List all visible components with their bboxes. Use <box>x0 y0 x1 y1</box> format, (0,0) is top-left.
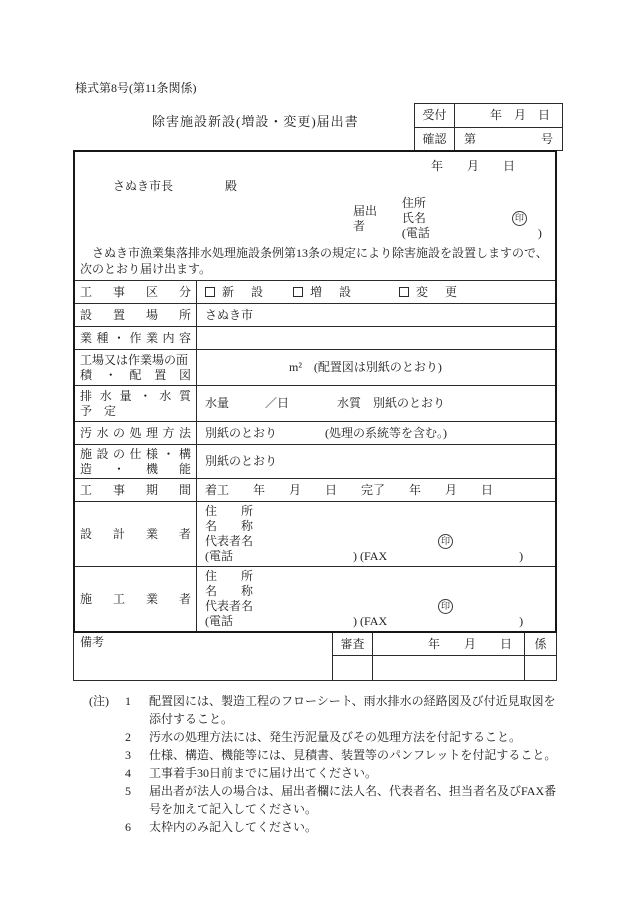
applicant-address-field: 住所 <box>402 196 555 211</box>
remarks-label: 備考 <box>80 635 104 649</box>
notes-list: 1 配置図には、製造工程のフローシート、雨水排水の経路図及び付近見取図を添付する… <box>125 692 557 836</box>
seal-icon: 印 <box>438 534 453 549</box>
review-column: 審査 <box>333 633 373 680</box>
number-suffix: 号 <box>541 132 553 147</box>
review-date-cell: 年 月 日 <box>373 633 524 656</box>
addressee-line: さぬき市長殿 <box>75 174 555 194</box>
option-change: 変更 <box>399 285 457 300</box>
drainage-value: 水量 ／日 水質 別紙のとおり <box>197 386 555 421</box>
row-designer-label: 設計業者 <box>75 502 197 566</box>
row-site-area-label: 工場又は作業場の面 積・配置図 <box>75 350 197 385</box>
phone-label: (電話 ) <box>402 226 542 241</box>
reception-label: 受付 <box>415 104 455 127</box>
form-page: 様式第8号(第11条関係) 除害施設新設(増設・変更)届出書 受付 年 月 日 … <box>0 0 630 915</box>
declaration-statement: さぬき市漁業集落排水処理施設条例第13条の規定により除害施設を設置しますので、次… <box>80 245 550 277</box>
confirmation-number-cell: 第 号 <box>455 128 562 150</box>
period-value: 着工 年 月 日 完了 年 月 日 <box>197 479 555 501</box>
row-drainage-label: 排水量・水質 予定 <box>75 386 197 421</box>
name-label: 氏名 <box>402 211 426 226</box>
option-expand-label: 増設 <box>310 285 368 300</box>
submission-date-line: 年 月 日 <box>75 152 555 174</box>
option-new-label: 新設 <box>222 285 280 300</box>
treatment-value: 別紙のとおり (処理の系統等を含む。) <box>197 422 555 444</box>
builder-tel-field: (電話 ) (FAX ) <box>205 614 555 629</box>
remarks-cell: 備考 <box>74 633 333 680</box>
option-expand: 増設 <box>293 285 351 300</box>
staff-column: 係 <box>525 633 556 680</box>
row-site-area: 工場又は作業場の面 積・配置図 m² (配置図は別紙のとおり) <box>75 349 555 385</box>
honorific-dono: 殿 <box>225 179 237 193</box>
notes-section: (注) 1 配置図には、製造工程のフローシート、雨水排水の経路図及び付近見取図を… <box>73 692 557 836</box>
review-date-column: 年 月 日 <box>373 633 525 680</box>
row-period: 工事期間 着工 年 月 日 完了 年 月 日 <box>75 478 555 501</box>
row-designer: 設計業者 住 所 名 称 代表者名 印 (電話 ) (FAX ) <box>75 501 555 566</box>
row-location: 設置場所 さぬき市 <box>75 303 555 326</box>
row-industry-label: 業種・作業内容 <box>75 327 197 349</box>
work-type-options: 新設 増設 変更 <box>197 281 555 303</box>
builder-fields: 住 所 名 称 代表者名 印 (電話 ) (FAX ) <box>197 567 555 631</box>
row-work-type: 工事区分 新設 増設 変更 <box>75 280 555 303</box>
review-date-empty-cell <box>373 656 524 680</box>
note-item-2: 2 汚水の処理方法には、発生汚泥量及びその処理方法を付記すること。 <box>125 728 557 746</box>
option-new: 新設 <box>205 285 263 300</box>
staff-label-cell: 係 <box>525 633 556 656</box>
row-period-label: 工事期間 <box>75 479 197 501</box>
row-location-label: 設置場所 <box>75 304 197 326</box>
builder-name-field: 名 称 <box>205 584 555 599</box>
confirmation-label: 確認 <box>415 128 455 150</box>
option-change-label: 変更 <box>416 285 474 300</box>
checkbox-new[interactable] <box>205 287 215 297</box>
row-work-type-label: 工事区分 <box>75 281 197 303</box>
page-title: 除害施設新設(増設・変更)届出書 <box>152 114 359 130</box>
spec-value: 別紙のとおり <box>197 445 555 478</box>
designer-tel-field: (電話 ) (FAX ) <box>205 549 555 564</box>
row-spec-label: 施設の仕様・構 造・機能 <box>75 445 197 478</box>
row-treatment-label: 汚水の処理方法 <box>75 422 197 444</box>
review-label-cell: 審査 <box>333 633 372 656</box>
designer-rep-field: 代表者名 印 <box>205 534 555 549</box>
mayor-name: さぬき市長 <box>113 179 173 193</box>
row-industry: 業種・作業内容 <box>75 326 555 349</box>
form-number: 様式第8号(第11条関係) <box>75 81 197 96</box>
designer-fields: 住 所 名 称 代表者名 印 (電話 ) (FAX ) <box>197 502 555 566</box>
location-value: さぬき市 <box>197 304 555 326</box>
row-spec: 施設の仕様・構 造・機能 別紙のとおり <box>75 444 555 478</box>
number-prefix: 第 <box>464 132 476 147</box>
industry-value <box>197 327 555 349</box>
reception-row-uketsuke: 受付 年 月 日 <box>415 104 562 127</box>
note-item-5: 5 届出者が法人の場合は、届出者欄に法人名、代表者名、担当者名及びFAX番号を加… <box>125 782 557 818</box>
main-form-box: 年 月 日 さぬき市長殿 届出者 住所 氏名 印 (電話 ) <box>73 150 557 633</box>
note-item-4: 4 工事着手30日前までに届け出てください。 <box>125 764 557 782</box>
applicant-fields: 住所 氏名 印 (電話 ) <box>402 196 555 241</box>
staff-empty-cell <box>525 656 556 680</box>
note-item-3: 3 仕様、構造、機能等には、見積書、装置等のパンフレットを付記すること。 <box>125 746 557 764</box>
applicant-name-field: 氏名 印 <box>402 211 555 226</box>
notes-label: (注) <box>89 692 125 836</box>
designer-address-field: 住 所 <box>205 504 555 519</box>
reception-table: 受付 年 月 日 確認 第 号 <box>414 103 563 151</box>
checkbox-change[interactable] <box>399 287 409 297</box>
applicant-block: 届出者 住所 氏名 印 (電話 ) <box>353 196 555 241</box>
review-strip: 備考 審査 年 月 日 係 <box>73 633 557 681</box>
checkbox-expand[interactable] <box>293 287 303 297</box>
review-empty-cell <box>333 656 372 680</box>
designer-name-field: 名 称 <box>205 519 555 534</box>
builder-rep-field: 代表者名 印 <box>205 599 555 614</box>
row-treatment: 汚水の処理方法 別紙のとおり (処理の系統等を含む。) <box>75 421 555 444</box>
applicant-label: 届出者 <box>353 204 388 234</box>
seal-icon: 印 <box>512 211 527 226</box>
site-area-value: m² (配置図は別紙のとおり) <box>197 350 555 385</box>
form-body: 年 月 日 さぬき市長殿 届出者 住所 氏名 印 (電話 ) <box>73 150 557 836</box>
row-builder: 施工業者 住 所 名 称 代表者名 印 (電話 ) (FAX ) <box>75 566 555 631</box>
address-label: 住所 <box>402 196 426 211</box>
builder-address-field: 住 所 <box>205 569 555 584</box>
reception-row-kakunin: 確認 第 号 <box>415 127 562 150</box>
applicant-phone-field: (電話 ) <box>402 226 555 241</box>
seal-icon: 印 <box>438 599 453 614</box>
row-builder-label: 施工業者 <box>75 567 197 631</box>
row-drainage: 排水量・水質 予定 水量 ／日 水質 別紙のとおり <box>75 385 555 421</box>
reception-date-cell: 年 月 日 <box>455 104 562 127</box>
note-item-6: 6 太枠内のみ記入してください。 <box>125 818 557 836</box>
note-item-1: 1 配置図には、製造工程のフローシート、雨水排水の経路図及び付近見取図を添付する… <box>125 692 557 728</box>
